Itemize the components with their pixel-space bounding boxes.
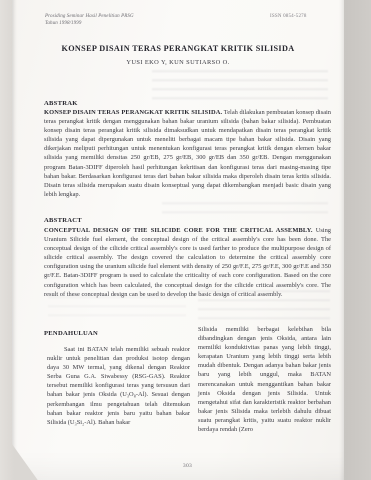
pendahuluan-right-column: Silisida memiliki berbagai kelebihan bil… [198,325,331,434]
bleedthrough-ghost-text [48,296,186,322]
abstract-body-text: Using Uranium Silicide fuel element, the… [44,227,331,298]
scan-background: Prosiding Seminar Hasil Penelitian PRSG … [0,0,371,480]
abstrak-paragraph: KONSEP DISAIN TERAS PERANGKAT KRITIK SIL… [44,108,331,199]
journal-year: Tahun 1998/1999 [45,21,134,28]
paper-sheet: Prosiding Seminar Hasil Penelitian PRSG … [12,0,344,480]
paper-title: KONSEP DISAIN TERAS PERANGKAT KRITIK SIL… [32,44,324,53]
abstract-heading: ABSTRACT [44,217,82,224]
abstrak-heading: ABSTRAK [44,100,78,107]
journal-name: Prosiding Seminar Hasil Penelitian PRSG [45,14,134,21]
issn-label: ISSN 0854-5278 [270,14,307,19]
abstrak-body-text: Telah dilakukan pembuatan konsep disain … [44,109,331,198]
abstrak-lead-sentence: KONSEP DISAIN TERAS PERANGKAT KRITIK SIL… [44,109,222,116]
pendahuluan-left-column: Saat ini BATAN telah memiliki sebuah rea… [47,345,190,427]
abstract-lead-sentence: CONCEPTUAL DESIGN OF THE SILICIDE CORE F… [44,227,313,234]
bleedthrough-ghost-text [152,70,328,106]
pendahuluan-heading: PENDAHULUAN [44,330,98,337]
abstract-paragraph: CONCEPTUAL DESIGN OF THE SILICIDE CORE F… [44,226,331,299]
page-number: 303 [44,463,331,469]
bleedthrough-ghost-text [162,202,328,220]
journal-header: Prosiding Seminar Hasil Penelitian PRSG … [45,14,134,27]
authors-line: YUSI EKO Y, KUN SUTIARSO O. [32,59,324,66]
